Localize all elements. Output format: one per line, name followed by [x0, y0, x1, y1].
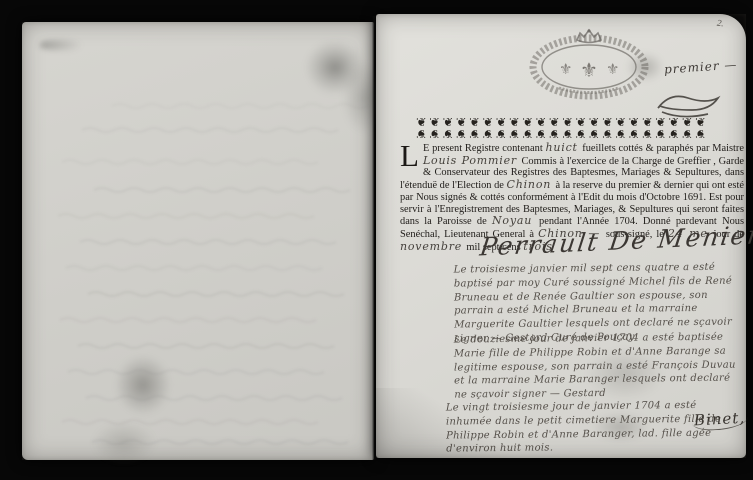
folio-mark: 2.: [717, 18, 725, 29]
dropcap-letter: L: [400, 143, 419, 168]
svg-text:⚜: ⚜: [559, 60, 572, 78]
fleuron-row-icon: ❦❦❦❦❦❦❦❦❦❦❦❦❦❦❦❦❦❦❦❦❦❦: [416, 118, 744, 128]
premier-annotation: premier —: [664, 57, 738, 76]
crowned-fleur-de-lis-stamp-icon: ⚜ ⚜ ⚜: [526, 26, 652, 102]
ink-bleed-through-writing: [22, 22, 374, 460]
fleuron-row-icon: ❦❦❦❦❦❦❦❦❦❦❦❦❦❦❦❦❦❦❦❦❦❦: [416, 128, 744, 138]
printer-ornament-band: ❦❦❦❦❦❦❦❦❦❦❦❦❦❦❦❦❦❦❦❦❦❦ ❦❦❦❦❦❦❦❦❦❦❦❦❦❦❦❦❦…: [416, 118, 744, 138]
left-page: [22, 22, 374, 460]
book-scan: 2. ⚜ ⚜ ⚜ premier — ❦❦❦❦❦❦❦❦❦❦❦❦❦❦❦❦❦❦❦❦❦…: [0, 0, 753, 480]
svg-text:⚜: ⚜: [580, 58, 598, 82]
svg-text:⚜: ⚜: [606, 60, 619, 78]
baptism-entry: Le douziesme jour de janvier 1704 a esté…: [454, 330, 747, 402]
right-page: 2. ⚜ ⚜ ⚜ premier — ❦❦❦❦❦❦❦❦❦❦❦❦❦❦❦❦❦❦❦❦❦…: [376, 14, 746, 458]
